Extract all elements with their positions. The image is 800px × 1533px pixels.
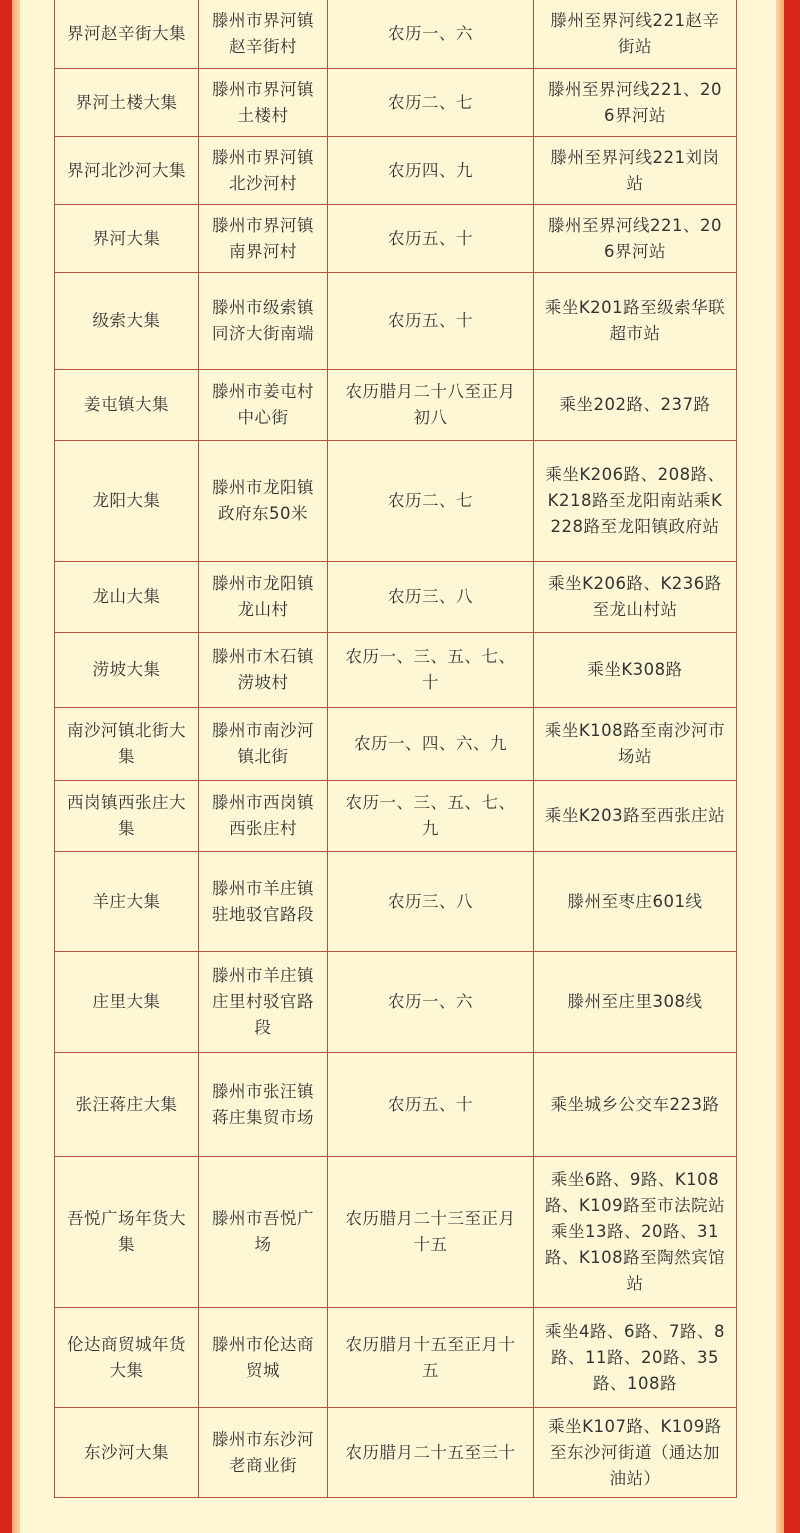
market-location: 滕州市界河镇赵辛街村 — [199, 0, 328, 69]
market-date: 农历五、十 — [328, 273, 534, 370]
market-route: 乘坐K108路至南沙河市场站 — [534, 708, 737, 781]
table-row: 龙阳大集滕州市龙阳镇政府东50米农历二、七乘坐K206路、208路、K218路至… — [55, 441, 737, 562]
market-location: 滕州市姜屯村中心街 — [199, 370, 328, 441]
market-name: 庄里大集 — [55, 952, 199, 1053]
market-location: 滕州市西岗镇西张庄村 — [199, 781, 328, 852]
table-row: 界河土楼大集滕州市界河镇土楼村农历二、七滕州至界河线221、206界河站 — [55, 69, 737, 137]
market-route: 乘坐K308路 — [534, 633, 737, 708]
market-name: 界河赵辛街大集 — [55, 0, 199, 69]
market-location: 滕州市羊庄镇驻地驳官路段 — [199, 852, 328, 952]
table-row: 吾悦广场年货大集滕州市吾悦广场农历腊月二十三至正月十五乘坐6路、9路、K108路… — [55, 1157, 737, 1308]
market-route: 滕州至界河线221赵辛街站 — [534, 0, 737, 69]
market-route: 乘坐202路、237路 — [534, 370, 737, 441]
table-row: 界河北沙河大集滕州市界河镇北沙河村农历四、九滕州至界河线221刘岗站 — [55, 137, 737, 205]
market-name: 南沙河镇北街大集 — [55, 708, 199, 781]
market-name: 界河北沙河大集 — [55, 137, 199, 205]
market-location: 滕州市界河镇北沙河村 — [199, 137, 328, 205]
market-route: 滕州至界河线221刘岗站 — [534, 137, 737, 205]
table-body: 界河赵辛街大集滕州市界河镇赵辛街村农历一、六滕州至界河线221赵辛街站 界河土楼… — [55, 0, 737, 1498]
market-name: 吾悦广场年货大集 — [55, 1157, 199, 1308]
table-row: 级索大集滕州市级索镇同济大街南端农历五、十乘坐K201路至级索华联超市站 — [55, 273, 737, 370]
table-row: 张汪蒋庄大集滕州市张汪镇蒋庄集贸市场农历五、十乘坐城乡公交车223路 — [55, 1053, 737, 1157]
market-name: 张汪蒋庄大集 — [55, 1053, 199, 1157]
table-row: 姜屯镇大集滕州市姜屯村中心街农历腊月二十八至正月初八乘坐202路、237路 — [55, 370, 737, 441]
table-row: 界河大集滕州市界河镇南界河村农历五、十滕州至界河线221、206界河站 — [55, 205, 737, 273]
market-location: 滕州市东沙河老商业街 — [199, 1408, 328, 1498]
market-name: 级索大集 — [55, 273, 199, 370]
market-location: 滕州市羊庄镇庄里村驳官路段 — [199, 952, 328, 1053]
market-name: 东沙河大集 — [55, 1408, 199, 1498]
market-date: 农历腊月二十八至正月初八 — [328, 370, 534, 441]
market-location: 滕州市吾悦广场 — [199, 1157, 328, 1308]
market-date: 农历一、四、六、九 — [328, 708, 534, 781]
market-date: 农历二、七 — [328, 69, 534, 137]
market-location: 滕州市龙阳镇龙山村 — [199, 562, 328, 633]
market-location: 滕州市张汪镇蒋庄集贸市场 — [199, 1053, 328, 1157]
market-route: 乘坐K201路至级索华联超市站 — [534, 273, 737, 370]
market-date: 农历腊月十五至正月十五 — [328, 1308, 534, 1408]
market-route: 乘坐4路、6路、7路、8路、11路、20路、35路、108路 — [534, 1308, 737, 1408]
market-location: 滕州市界河镇南界河村 — [199, 205, 328, 273]
market-date: 农历二、七 — [328, 441, 534, 562]
market-name: 西岗镇西张庄大集 — [55, 781, 199, 852]
market-date: 农历一、六 — [328, 952, 534, 1053]
market-date: 农历三、八 — [328, 562, 534, 633]
table-row: 涝坡大集滕州市木石镇涝坡村农历一、三、五、七、十乘坐K308路 — [55, 633, 737, 708]
table-row: 南沙河镇北街大集滕州市南沙河镇北街农历一、四、六、九乘坐K108路至南沙河市场站 — [55, 708, 737, 781]
market-date: 农历腊月二十三至正月十五 — [328, 1157, 534, 1308]
market-date: 农历五、十 — [328, 205, 534, 273]
market-name: 涝坡大集 — [55, 633, 199, 708]
market-route: 滕州至庄里308线 — [534, 952, 737, 1053]
market-date: 农历一、六 — [328, 0, 534, 69]
right-peach-border — [776, 0, 784, 1533]
market-name: 龙山大集 — [55, 562, 199, 633]
market-route: 乘坐K107路、K109路至东沙河街道（通达加油站） — [534, 1408, 737, 1498]
table-row: 伦达商贸城年货大集滕州市伦达商贸城农历腊月十五至正月十五乘坐4路、6路、7路、8… — [55, 1308, 737, 1408]
market-location: 滕州市木石镇涝坡村 — [199, 633, 328, 708]
market-location: 滕州市级索镇同济大街南端 — [199, 273, 328, 370]
market-date: 农历五、十 — [328, 1053, 534, 1157]
market-route: 滕州至枣庄601线 — [534, 852, 737, 952]
market-date: 农历腊月二十五至三十 — [328, 1408, 534, 1498]
market-route: 乘坐城乡公交车223路 — [534, 1053, 737, 1157]
market-name: 龙阳大集 — [55, 441, 199, 562]
market-route: 乘坐6路、9路、K108路、K109路至市法院站乘坐13路、20路、31路、K1… — [534, 1157, 737, 1308]
market-schedule-table: 界河赵辛街大集滕州市界河镇赵辛街村农历一、六滕州至界河线221赵辛街站 界河土楼… — [54, 0, 737, 1498]
market-route: 滕州至界河线221、206界河站 — [534, 69, 737, 137]
table-row: 龙山大集滕州市龙阳镇龙山村农历三、八乘坐K206路、K236路至龙山村站 — [55, 562, 737, 633]
left-peach-border — [12, 0, 20, 1533]
market-date: 农历三、八 — [328, 852, 534, 952]
market-route: 乘坐K203路至西张庄站 — [534, 781, 737, 852]
table-row: 西岗镇西张庄大集滕州市西岗镇西张庄村农历一、三、五、七、九乘坐K203路至西张庄… — [55, 781, 737, 852]
market-name: 界河大集 — [55, 205, 199, 273]
market-route: 乘坐K206路、K236路至龙山村站 — [534, 562, 737, 633]
market-date: 农历一、三、五、七、十 — [328, 633, 534, 708]
table-row: 羊庄大集滕州市羊庄镇驻地驳官路段农历三、八滕州至枣庄601线 — [55, 852, 737, 952]
market-location: 滕州市龙阳镇政府东50米 — [199, 441, 328, 562]
market-name: 伦达商贸城年货大集 — [55, 1308, 199, 1408]
market-route: 滕州至界河线221、206界河站 — [534, 205, 737, 273]
left-red-border — [0, 0, 12, 1533]
table-row: 东沙河大集滕州市东沙河老商业街农历腊月二十五至三十乘坐K107路、K109路至东… — [55, 1408, 737, 1498]
market-location: 滕州市伦达商贸城 — [199, 1308, 328, 1408]
market-name: 界河土楼大集 — [55, 69, 199, 137]
market-location: 滕州市南沙河镇北街 — [199, 708, 328, 781]
market-route: 乘坐K206路、208路、K218路至龙阳南站乘K228路至龙阳镇政府站 — [534, 441, 737, 562]
market-name: 姜屯镇大集 — [55, 370, 199, 441]
table-row: 界河赵辛街大集滕州市界河镇赵辛街村农历一、六滕州至界河线221赵辛街站 — [55, 0, 737, 69]
table-row: 庄里大集滕州市羊庄镇庄里村驳官路段农历一、六滕州至庄里308线 — [55, 952, 737, 1053]
market-date: 农历四、九 — [328, 137, 534, 205]
right-red-border — [784, 0, 800, 1533]
market-location: 滕州市界河镇土楼村 — [199, 69, 328, 137]
market-date: 农历一、三、五、七、九 — [328, 781, 534, 852]
market-name: 羊庄大集 — [55, 852, 199, 952]
